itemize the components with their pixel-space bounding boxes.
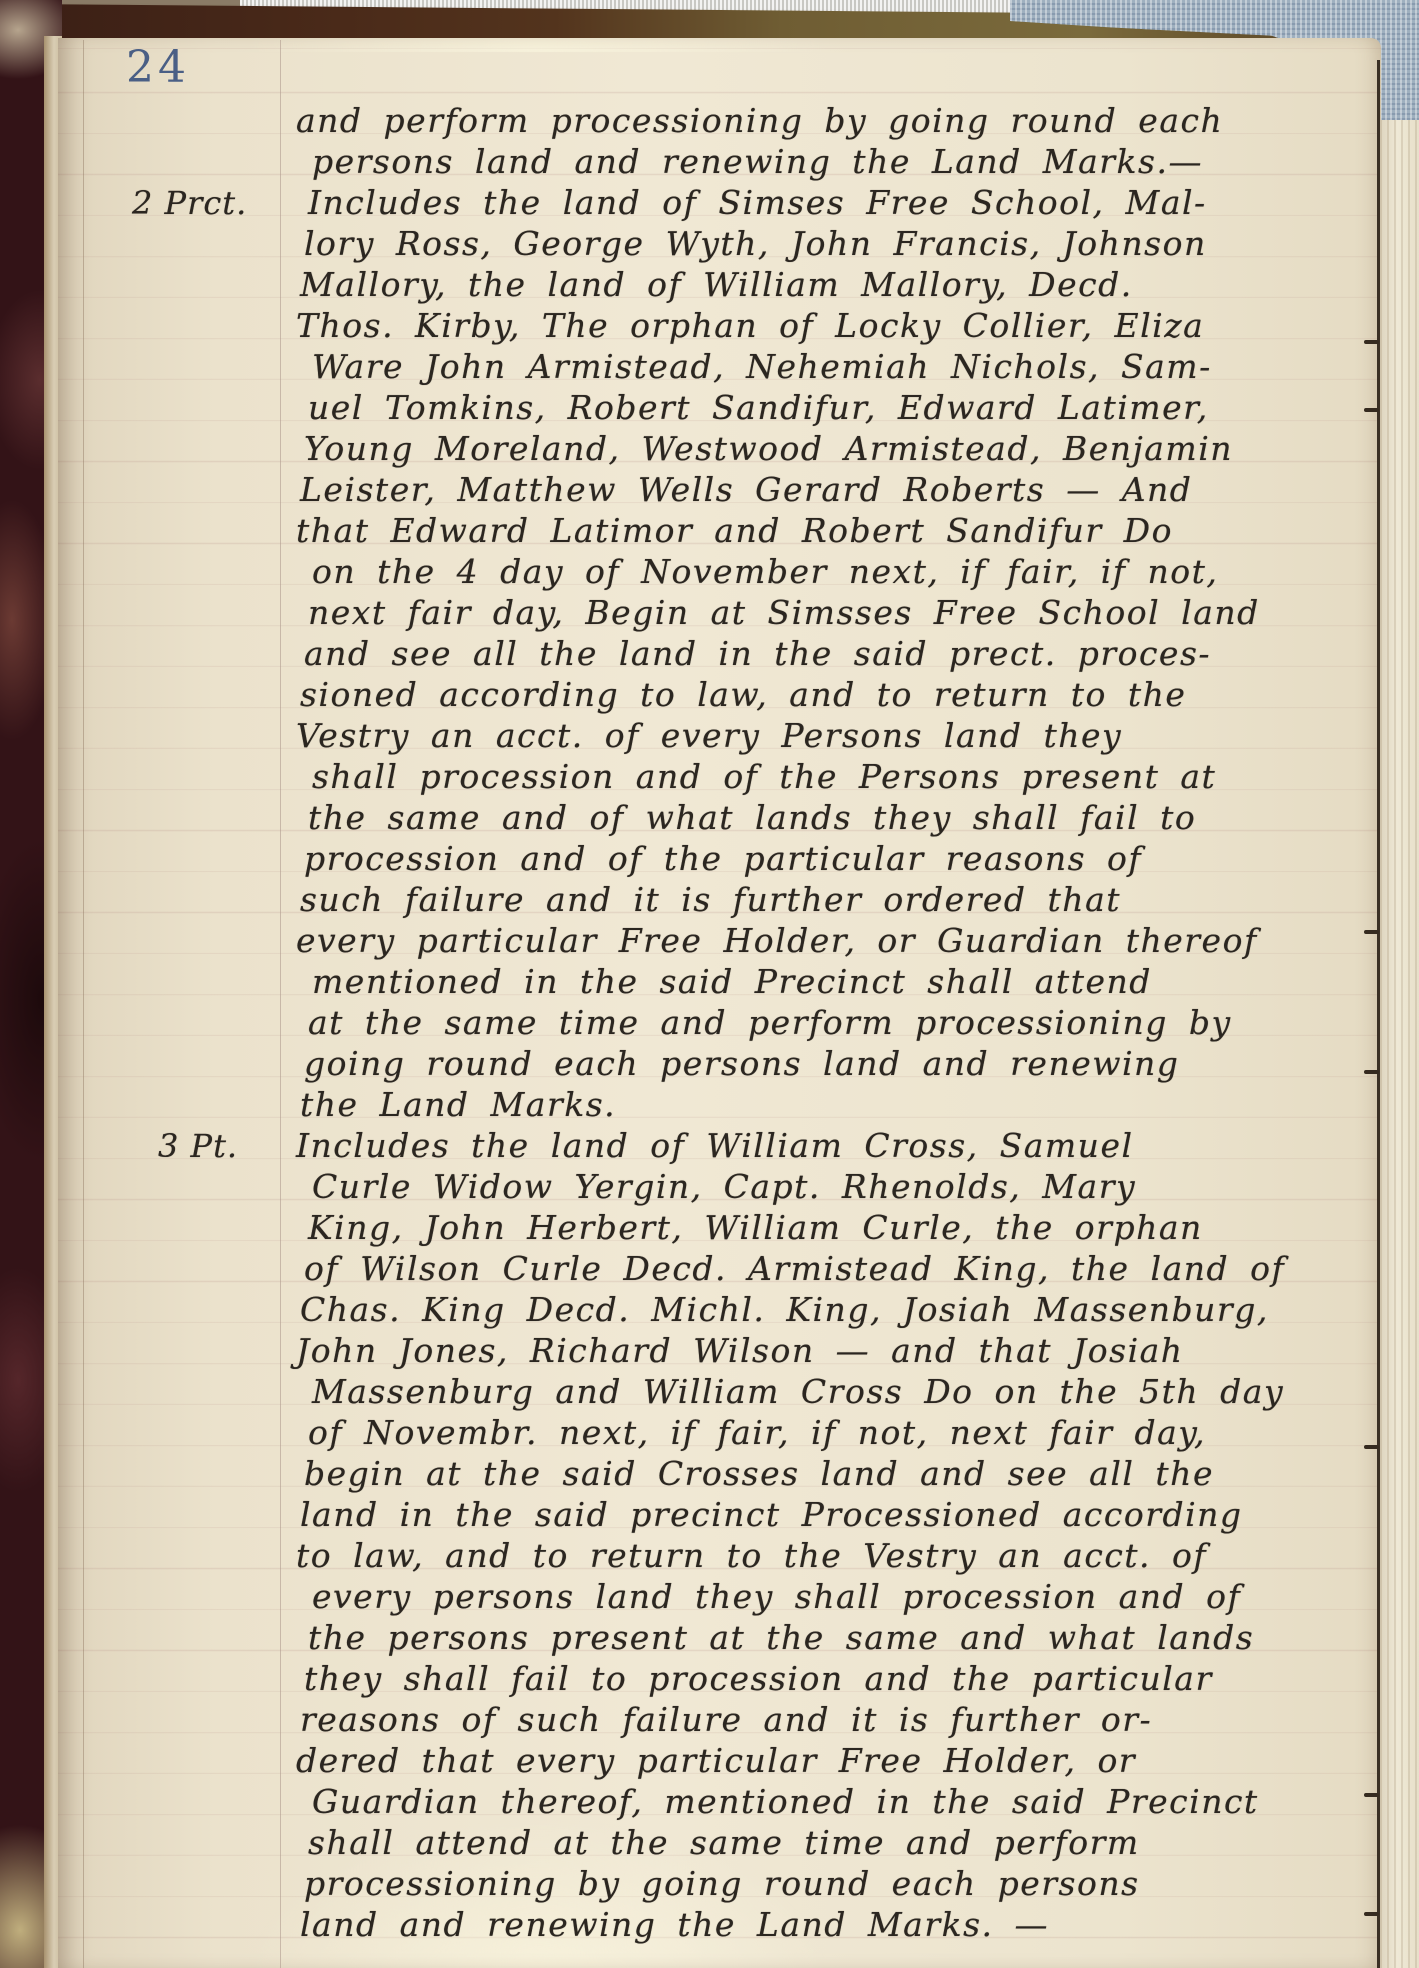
margin-rule-line <box>280 40 281 1968</box>
manuscript-line: at the same time and perform processioni… <box>296 1002 1380 1043</box>
margin-label: 2 Prct. <box>132 184 247 222</box>
manuscript-line: uel Tomkins, Robert Sandifur, Edward Lat… <box>296 387 1380 428</box>
manuscript-line: Ware John Armistead, Nehemiah Nichols, S… <box>296 346 1380 387</box>
manuscript-line: the persons present at the same and what… <box>296 1617 1380 1658</box>
stitch-mark <box>1364 1793 1379 1797</box>
manuscript-line: begin at the said Crosses land and see a… <box>296 1453 1380 1494</box>
manuscript-line: Includes the land of Simses Free School,… <box>296 182 1380 223</box>
manuscript-line: shall procession and of the Persons pres… <box>296 756 1380 797</box>
manuscript-line: land and renewing the Land Marks. — <box>296 1904 1380 1945</box>
manuscript-line: Mallory, the land of William Mallory, De… <box>296 264 1380 305</box>
manuscript-line: the same and of what lands they shall fa… <box>296 797 1380 838</box>
manuscript-line: on the 4 day of November next, if fair, … <box>296 551 1380 592</box>
manuscript-line: Vestry an acct. of every Persons land th… <box>296 715 1380 756</box>
manuscript-line: shall attend at the same time and perfor… <box>296 1822 1380 1863</box>
manuscript-text: and perform processioning by going round… <box>296 100 1380 1945</box>
manuscript-line: reasons of such failure and it is furthe… <box>296 1699 1380 1740</box>
right-page-stack <box>1380 120 1419 1968</box>
manuscript-line: dered that every particular Free Holder,… <box>296 1740 1380 1781</box>
manuscript-photo: 24 and perform processioning by going ro… <box>0 0 1419 1968</box>
manuscript-line: Young Moreland, Westwood Armistead, Benj… <box>296 428 1380 469</box>
stitch-mark <box>1364 340 1379 344</box>
manuscript-line: procession and of the particular reasons… <box>296 838 1380 879</box>
manuscript-line: Includes the land of William Cross, Samu… <box>296 1125 1380 1166</box>
manuscript-line: and perform processioning by going round… <box>296 100 1380 141</box>
manuscript-line: every persons land they shall procession… <box>296 1576 1380 1617</box>
manuscript-line: Guardian thereof, mentioned in the said … <box>296 1781 1380 1822</box>
manuscript-line: going round each persons land and renewi… <box>296 1043 1380 1084</box>
manuscript-line: next fair day, Begin at Simsses Free Sch… <box>296 592 1380 633</box>
manuscript-line: persons land and renewing the Land Marks… <box>296 141 1380 182</box>
manuscript-line: every particular Free Holder, or Guardia… <box>296 920 1380 961</box>
manuscript-line: Massenburg and William Cross Do on the 5… <box>296 1371 1380 1412</box>
stitch-mark <box>1364 930 1379 934</box>
manuscript-line: they shall fail to procession and the pa… <box>296 1658 1380 1699</box>
manuscript-line: processioning by going round each person… <box>296 1863 1380 1904</box>
manuscript-line: King, John Herbert, William Curle, the o… <box>296 1207 1380 1248</box>
manuscript-line: of Wilson Curle Decd. Armistead King, th… <box>296 1248 1380 1289</box>
manuscript-line: such failure and it is further ordered t… <box>296 879 1380 920</box>
manuscript-line: mentioned in the said Precinct shall att… <box>296 961 1380 1002</box>
stitch-mark <box>1364 408 1379 412</box>
manuscript-line: of Novembr. next, if fair, if not, next … <box>296 1412 1380 1453</box>
stitch-mark <box>1364 1070 1379 1074</box>
manuscript-line: land in the said precinct Processioned a… <box>296 1494 1380 1535</box>
manuscript-line: that Edward Latimor and Robert Sandifur … <box>296 510 1380 551</box>
manuscript-line: and see all the land in the said prect. … <box>296 633 1380 674</box>
manuscript-line: Curle Widow Yergin, Capt. Rhenolds, Mary <box>296 1166 1380 1207</box>
manuscript-line: the Land Marks. <box>296 1084 1380 1125</box>
gutter-fold-line <box>83 40 84 1968</box>
manuscript-line: Chas. King Decd. Michl. King, Josiah Mas… <box>296 1289 1380 1330</box>
stitch-mark <box>1364 1445 1379 1449</box>
margin-label: 3 Pt. <box>158 1127 238 1165</box>
manuscript-line: lory Ross, George Wyth, John Francis, Jo… <box>296 223 1380 264</box>
manuscript-line: Leister, Matthew Wells Gerard Roberts — … <box>296 469 1380 510</box>
manuscript-line: to law, and to return to the Vestry an a… <box>296 1535 1380 1576</box>
manuscript-line: John Jones, Richard Wilson — and that Jo… <box>296 1330 1380 1371</box>
manuscript-line: sioned according to law, and to return t… <box>296 674 1380 715</box>
manuscript-line: Thos. Kirby, The orphan of Locky Collier… <box>296 305 1380 346</box>
page-number: 24 <box>126 42 190 93</box>
stitch-mark <box>1364 1912 1379 1916</box>
